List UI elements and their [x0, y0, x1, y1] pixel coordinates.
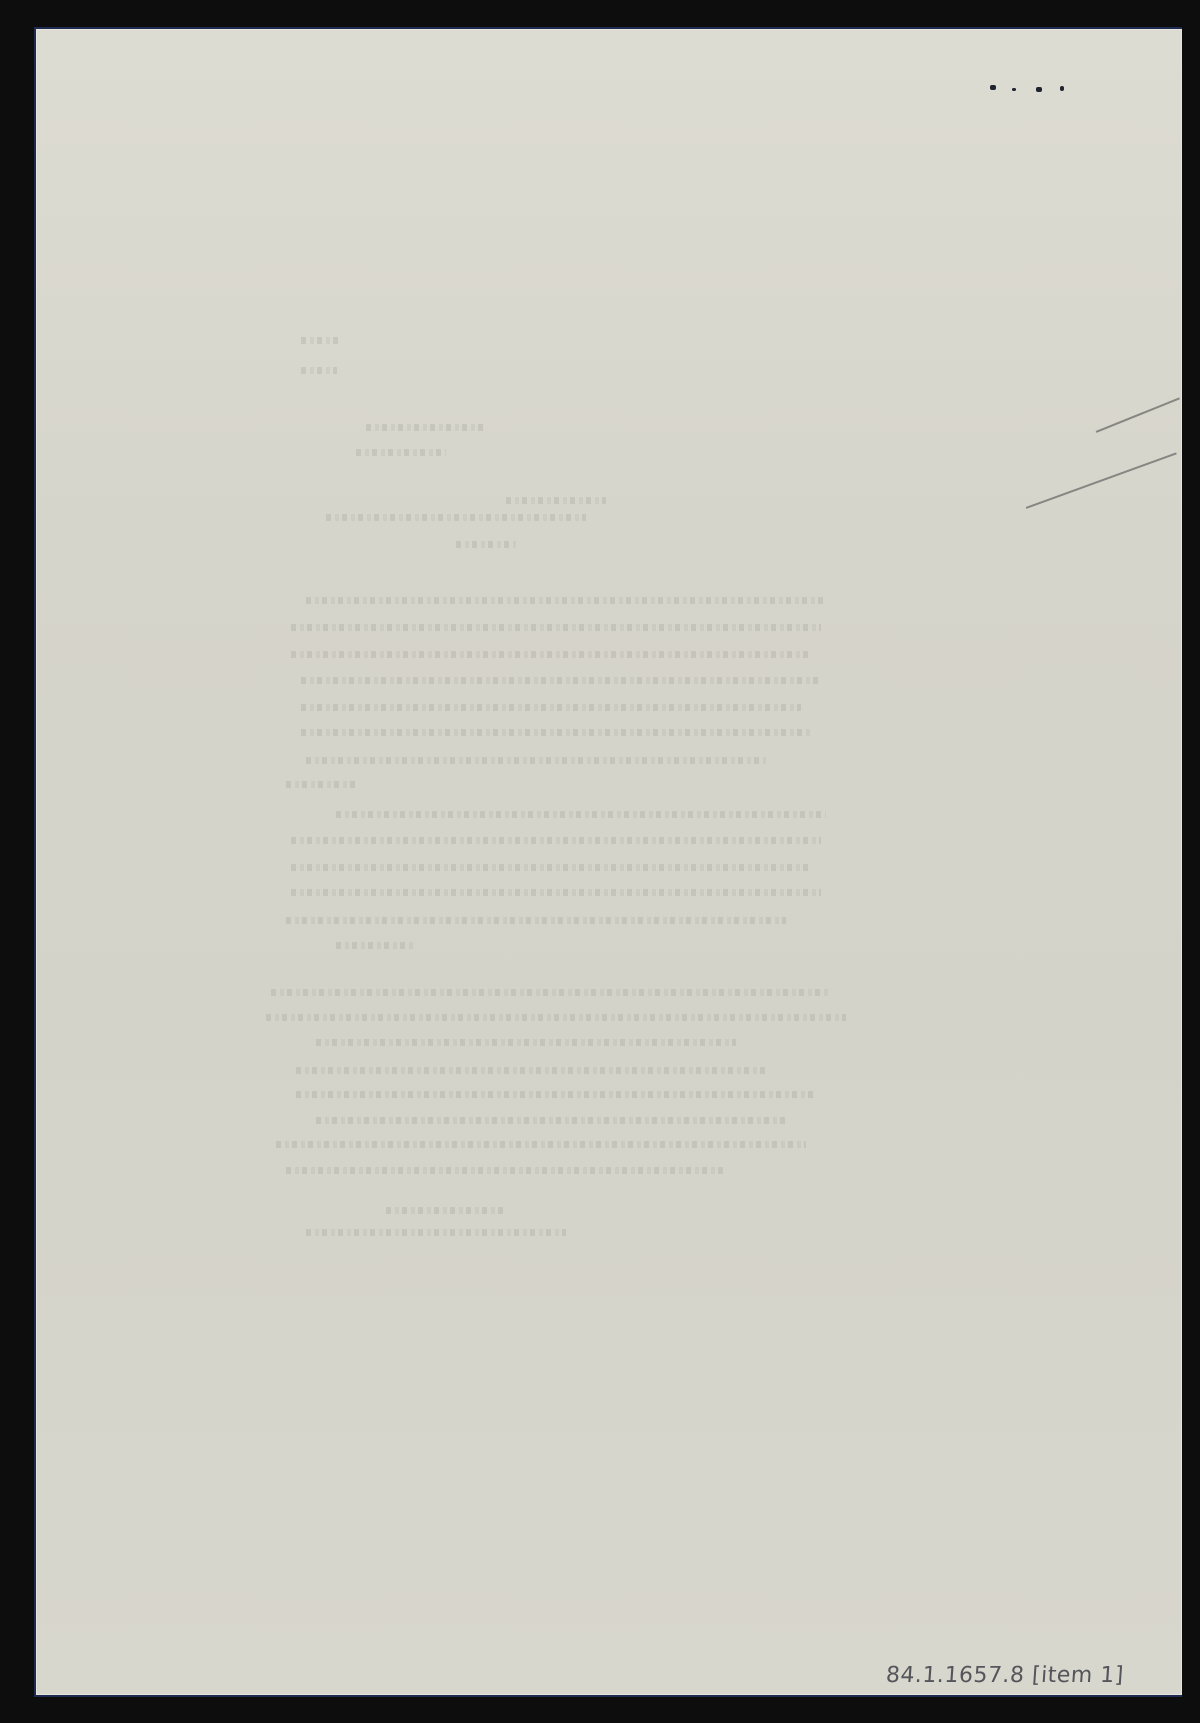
bleed-through-line	[286, 781, 356, 788]
bleed-through-line	[291, 889, 821, 896]
bleed-through-line	[276, 1141, 806, 1148]
bleed-through-line	[291, 837, 821, 844]
bleed-through-line	[286, 917, 786, 924]
bleed-through-line	[266, 1014, 846, 1021]
bleed-through-line	[301, 729, 811, 736]
bleed-through-line	[306, 1229, 566, 1236]
ink-mark	[1060, 86, 1064, 91]
bleed-through-line	[296, 1067, 766, 1074]
bleed-through-line	[386, 1207, 506, 1214]
bleed-through-line	[291, 651, 811, 658]
bleed-through-line	[326, 514, 586, 521]
bleed-through-line	[336, 811, 826, 818]
bleed-through-line	[506, 497, 606, 504]
bleed-through-line	[286, 1167, 726, 1174]
paper-sheet: 84.1.1657.8 [item 1]	[34, 27, 1182, 1697]
bleed-through-line	[271, 989, 831, 996]
bleed-through-line	[296, 1091, 816, 1098]
bleed-through-line	[301, 367, 337, 374]
bleed-through-line	[316, 1117, 786, 1124]
ink-mark	[990, 85, 996, 90]
bleed-through-line	[291, 864, 811, 871]
bleed-through-line	[301, 337, 341, 344]
bleed-through-line	[336, 942, 416, 949]
bleed-through-line	[456, 541, 516, 548]
ink-mark	[1012, 88, 1016, 91]
bleed-through-line	[366, 424, 486, 431]
accession-number: 84.1.1657.8 [item 1]	[885, 1663, 1125, 1688]
bleed-through-line	[306, 597, 826, 604]
bleed-through-line	[291, 624, 821, 631]
bleed-through-line	[316, 1039, 736, 1046]
bleed-through-line	[301, 704, 801, 711]
scan-background: 84.1.1657.8 [item 1]	[0, 0, 1200, 1723]
bleed-through-line	[301, 677, 821, 684]
ink-mark	[1036, 87, 1042, 92]
bleed-through-line	[356, 449, 446, 456]
bleed-through-line	[306, 757, 766, 764]
bleed-through-text	[36, 29, 1182, 1695]
corner-ink-marks	[986, 59, 1106, 99]
